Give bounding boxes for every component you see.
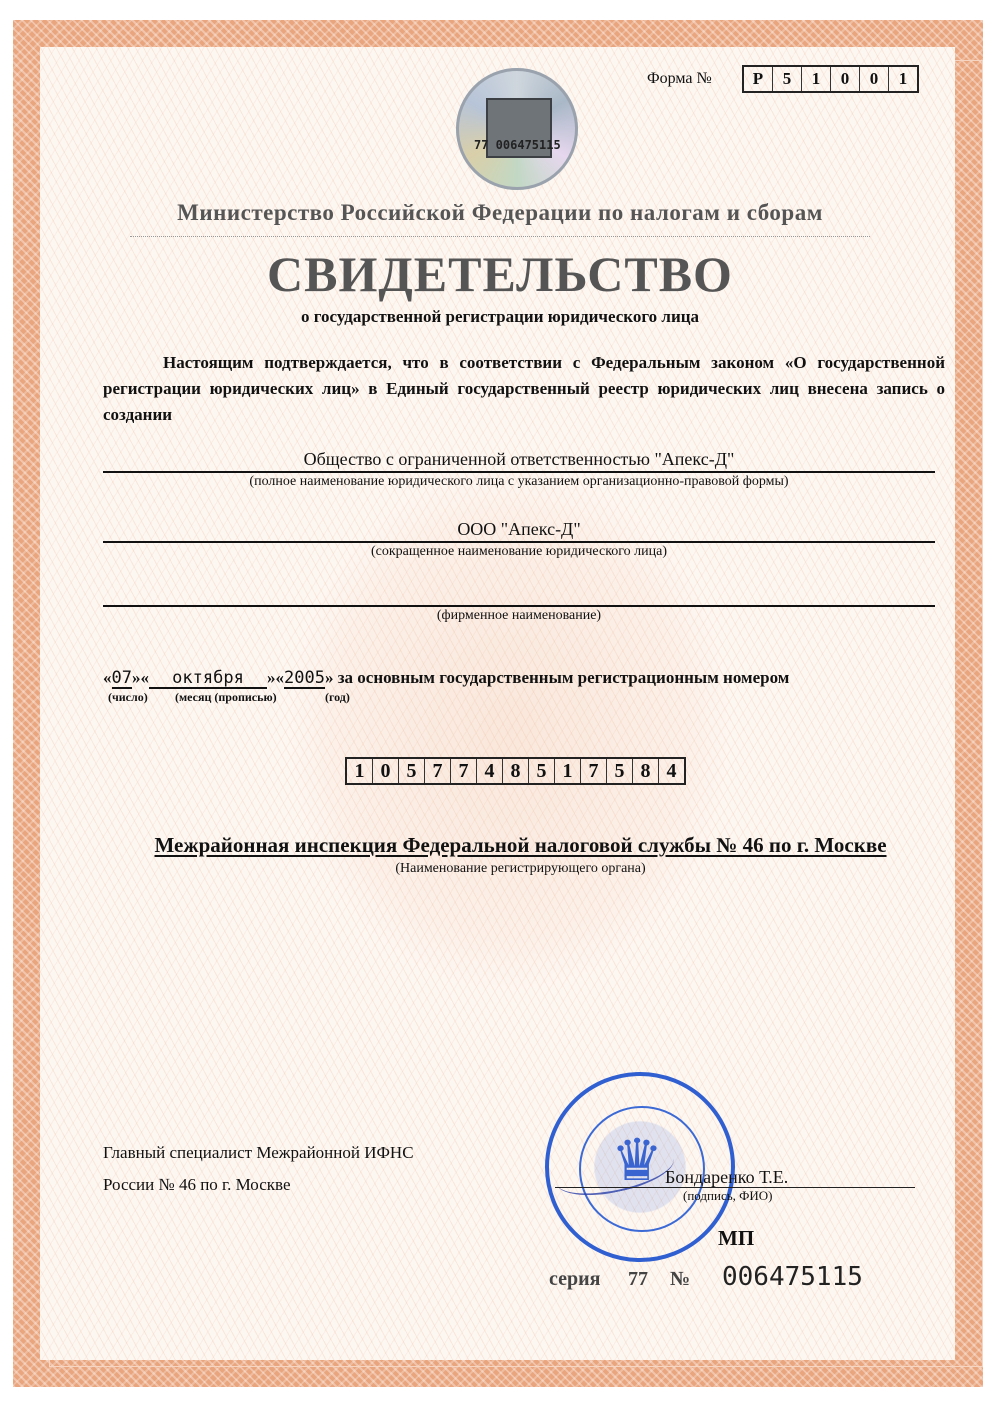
month-caption: (месяц (прописью) [175, 690, 277, 705]
series-label: серия [549, 1268, 600, 1291]
ogrn-digit: 8 [633, 759, 659, 783]
date-day: 07 [112, 669, 132, 689]
ogrn-digit: 7 [581, 759, 607, 783]
quote: « [103, 668, 112, 687]
firm-name-line [103, 605, 935, 607]
short-name-line [103, 541, 935, 543]
registering-authority-caption: (Наименование регистрирующего органа) [103, 861, 938, 877]
ogrn-digit: 5 [399, 759, 425, 783]
form-code-char: 0 [831, 67, 860, 91]
document-title: СВИДЕТЕЛЬСТВО [0, 245, 1000, 303]
number-label: № [670, 1268, 690, 1291]
form-code-char: 0 [860, 67, 889, 91]
signatory-name: Бондаренко Т.Е. [665, 1167, 788, 1188]
ogrn-digit: 5 [529, 759, 555, 783]
short-name-value: ООО "Апекс-Д" [103, 519, 935, 540]
ogrn-boxes: 1 0 5 7 7 4 8 5 1 7 5 8 4 [345, 757, 686, 785]
ogrn-digit: 4 [659, 759, 684, 783]
ogrn-digit: 7 [451, 759, 477, 783]
ogrn-digit: 7 [425, 759, 451, 783]
ogrn-digit: 4 [477, 759, 503, 783]
series-value: 77 [628, 1268, 648, 1291]
signature-caption: (подпись, ФИО) [683, 1188, 773, 1204]
form-code-char: 1 [889, 67, 917, 91]
certificate-number: 006475115 [722, 1262, 863, 1292]
document-subtitle: о государственной регистрации юридическо… [0, 307, 1000, 327]
form-code-char: Р [744, 67, 773, 91]
quote: « [140, 668, 149, 687]
ministry-name: Министерство Российской Федерации по нал… [0, 200, 1000, 226]
certification-paragraph: Настоящим подтверждается, что в соответс… [103, 350, 945, 428]
ogrn-digit: 8 [503, 759, 529, 783]
form-code-char: 5 [773, 67, 802, 91]
day-caption: (число) [108, 690, 148, 705]
ogrn-digit: 1 [555, 759, 581, 783]
short-name-caption: (сокращенное наименование юридического л… [103, 544, 935, 560]
full-name-line [103, 471, 935, 473]
quote: » [325, 668, 334, 687]
form-label: Форма № [647, 70, 712, 88]
divider [130, 236, 870, 237]
hologram-sticker-icon: 77 006475115 [456, 68, 578, 190]
ogrn-digit: 5 [607, 759, 633, 783]
form-code-boxes: Р 5 1 0 0 1 [742, 65, 919, 93]
registration-date-row: «07»«октября»«2005» за основным государс… [103, 668, 789, 689]
ogrn-digit: 0 [373, 759, 399, 783]
full-name-caption: (полное наименование юридического лица с… [103, 474, 935, 490]
date-year: 2005 [284, 669, 325, 689]
year-caption: (год) [325, 690, 350, 705]
official-position-line1: Главный специалист Межрайонной ИФНС [103, 1137, 414, 1169]
full-name-value: Общество с ограниченной ответственностью… [103, 449, 935, 470]
ogrn-digit: 1 [347, 759, 373, 783]
form-code-char: 1 [802, 67, 831, 91]
date-suffix: за основным государственным регистрацион… [338, 668, 790, 687]
official-position: Главный специалист Межрайонной ИФНС Росс… [103, 1137, 414, 1201]
hologram-serial: 77 006475115 [474, 138, 561, 152]
quote: « [275, 668, 284, 687]
stamp-mark: МП [718, 1226, 754, 1251]
date-month: октября [149, 669, 267, 689]
firm-name-caption: (фирменное наименование) [103, 608, 935, 624]
official-position-line2: России № 46 по г. Москве [103, 1169, 414, 1201]
registering-authority: Межрайонная инспекция Федеральной налого… [103, 833, 938, 858]
